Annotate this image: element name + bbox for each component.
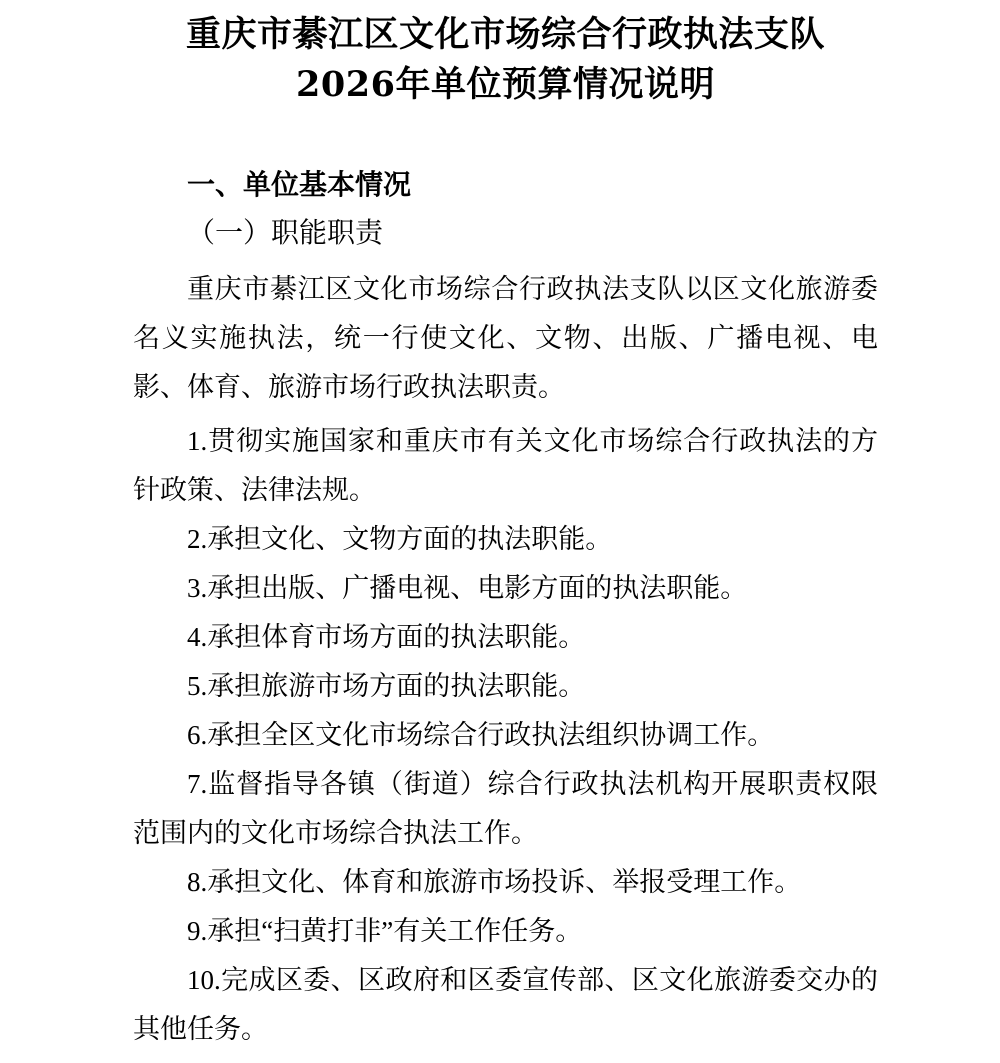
- duty-item-1: 1.贯彻实施国家和重庆市有关文化市场综合行政执法的方针政策、法律法规。: [133, 417, 878, 515]
- duty-item-5: 5.承担旅游市场方面的执法职能。: [133, 662, 878, 711]
- duty-item-6: 6.承担全区文化市场综合行政执法组织协调工作。: [133, 711, 878, 760]
- document-title: 重庆市綦江区文化市场综合行政执法支队 2026年单位预算情况说明: [133, 10, 878, 110]
- title-line-2: 2026年单位预算情况说明: [133, 60, 878, 110]
- duty-item-7: 7.监督指导各镇（街道）综合行政执法机构开展职责权限范围内的文化市场综合执法工作…: [133, 760, 878, 858]
- duty-item-8: 8.承担文化、体育和旅游市场投诉、举报受理工作。: [133, 858, 878, 907]
- duty-item-10: 10.完成区委、区政府和区委宣传部、区文化旅游委交办的其他任务。: [133, 956, 878, 1054]
- duty-item-3: 3.承担出版、广播电视、电影方面的执法职能。: [133, 564, 878, 613]
- duty-item-4: 4.承担体育市场方面的执法职能。: [133, 613, 878, 662]
- subsection-heading: （一）职能职责: [133, 209, 878, 258]
- duty-item-9: 9.承担“扫黄打非”有关工作任务。: [133, 907, 878, 956]
- intro-paragraph: 重庆市綦江区文化市场综合行政执法支队以区文化旅游委名义实施执法，统一行使文化、文…: [133, 265, 878, 412]
- section-heading: 一、单位基本情况: [133, 160, 878, 209]
- duty-list: 1.贯彻实施国家和重庆市有关文化市场综合行政执法的方针政策、法律法规。 2.承担…: [133, 417, 878, 1054]
- document-page: 重庆市綦江区文化市场综合行政执法支队 2026年单位预算情况说明 一、单位基本情…: [0, 0, 1000, 1063]
- duty-item-2: 2.承担文化、文物方面的执法职能。: [133, 515, 878, 564]
- title-line-1: 重庆市綦江区文化市场综合行政执法支队: [133, 10, 878, 60]
